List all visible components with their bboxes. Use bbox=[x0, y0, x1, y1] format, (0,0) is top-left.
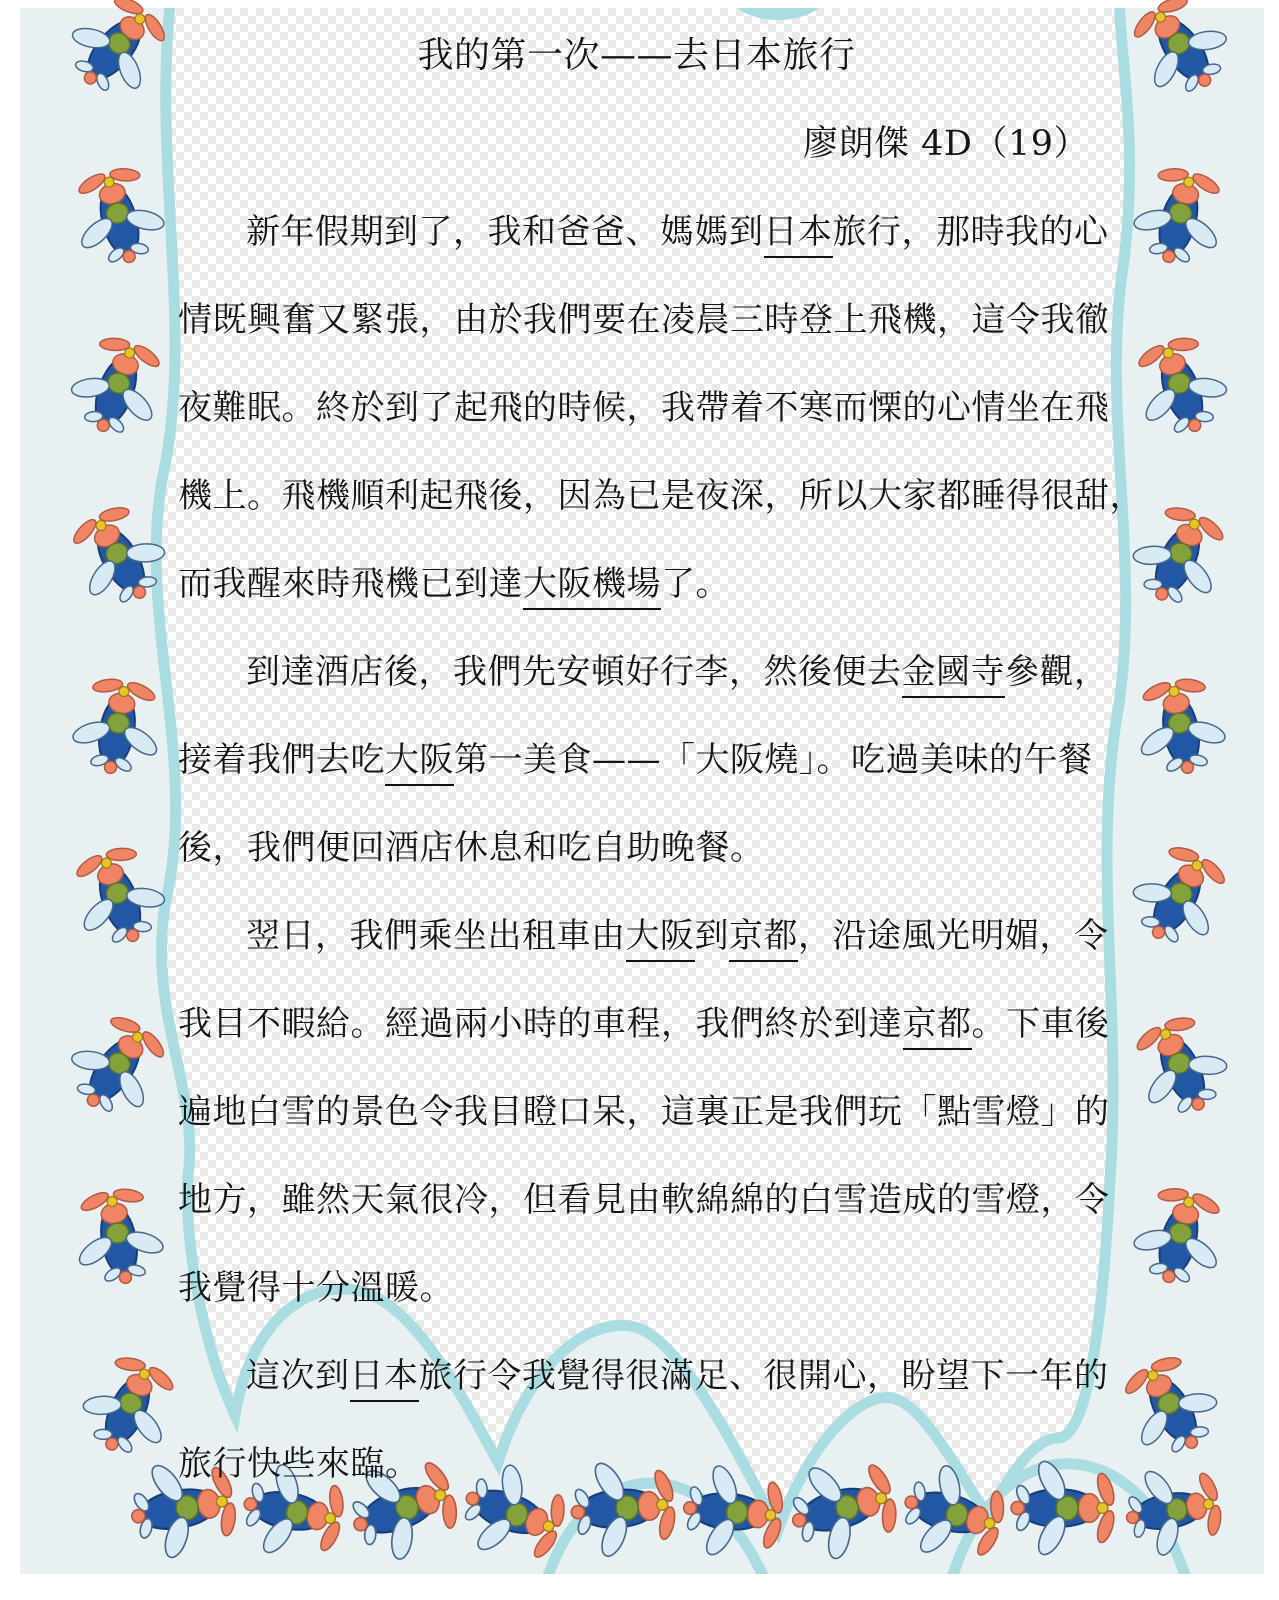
text-segment: 。下車後 bbox=[972, 1004, 1110, 1044]
essay-line: 我覺得十分溫暖。 bbox=[178, 1244, 1095, 1332]
essay-line: 遍地白雪的景色令我目瞪口呆，這裏正是我們玩「點雪燈」的 bbox=[178, 1068, 1095, 1156]
essay-line: 地方，雖然天氣很冷，但看見由軟綿綿的白雪造成的雪燈，令 bbox=[178, 1156, 1095, 1244]
essay-line: 我目不暇給。經過兩小時的車程，我們終於到達京都。下車後 bbox=[178, 980, 1095, 1068]
essay-line: 後，我們便回酒店休息和吃自助晚餐。 bbox=[178, 804, 1095, 892]
text-segment: 遍地白雪的景色令我目瞪口呆，這裏正是我們玩「點雪燈」的 bbox=[178, 1092, 1110, 1132]
underlined-term: 京都 bbox=[903, 1004, 972, 1050]
text-segment: 到達酒店後，我們先安頓好行李，然後便去 bbox=[246, 652, 902, 692]
text-segment: 這次到 bbox=[246, 1356, 350, 1396]
text-segment: 第一美食——「大阪燒」。吃過美味的午餐 bbox=[454, 740, 1093, 780]
text-segment: ，沿途風光明媚，令 bbox=[798, 916, 1109, 956]
text-segment: 夜難眠。終於到了起飛的時候，我帶着不寒而慄的心情坐在飛 bbox=[178, 388, 1110, 428]
underlined-term: 大阪 bbox=[626, 916, 695, 962]
text-segment: 到 bbox=[695, 916, 730, 956]
text-segment: 而我醒來時飛機已到達 bbox=[178, 564, 523, 604]
text-segment: 參觀， bbox=[1005, 652, 1109, 692]
underlined-term: 日本 bbox=[764, 212, 833, 258]
essay-line: 接着我們去吃大阪第一美食——「大阪燒」。吃過美味的午餐 bbox=[178, 716, 1095, 804]
text-segment: 接着我們去吃 bbox=[178, 740, 385, 780]
text-segment: 地方，雖然天氣很冷，但看見由軟綿綿的白雪造成的雪燈，令 bbox=[178, 1180, 1110, 1220]
essay-page: 我的第一次——去日本旅行 廖朗傑 4D（19） 新年假期到了，我和爸爸、媽媽到日… bbox=[0, 0, 1279, 1600]
essay-line: 而我醒來時飛機已到達大阪機場了。 bbox=[178, 540, 1095, 628]
essay-line: 這次到日本旅行令我覺得很滿足、很開心，盼望下一年的 bbox=[178, 1332, 1095, 1420]
essay-line: 夜難眠。終於到了起飛的時候，我帶着不寒而慄的心情坐在飛 bbox=[178, 364, 1095, 452]
essay-title: 我的第一次——去日本旅行 bbox=[178, 12, 1095, 100]
essay-author: 廖朗傑 4D（19） bbox=[178, 100, 1095, 188]
text-segment: 我覺得十分溫暖。 bbox=[178, 1268, 454, 1308]
essay-line: 新年假期到了，我和爸爸、媽媽到日本旅行，那時我的心 bbox=[178, 188, 1095, 276]
text-segment: 機上。飛機順利起飛後，因為已是夜深，所以大家都睡得很甜， bbox=[178, 476, 1144, 516]
text-segment: 新年假期到了，我和爸爸、媽媽到 bbox=[246, 212, 764, 252]
essay-line: 旅行快些來臨。 bbox=[178, 1420, 1095, 1508]
underlined-term: 金國寺 bbox=[902, 652, 1006, 698]
underlined-term: 日本 bbox=[350, 1356, 419, 1402]
text-segment: 旅行快些來臨。 bbox=[178, 1444, 420, 1484]
text-segment: 了。 bbox=[661, 564, 730, 604]
text-segment: 旅行令我覺得很滿足、很開心，盼望下一年的 bbox=[419, 1356, 1109, 1396]
essay-line: 情既興奮又緊張，由於我們要在凌晨三時登上飛機，這令我徹 bbox=[178, 276, 1095, 364]
essay-line: 機上。飛機順利起飛後，因為已是夜深，所以大家都睡得很甜， bbox=[178, 452, 1095, 540]
text-segment: 後，我們便回酒店休息和吃自助晚餐。 bbox=[178, 828, 765, 868]
underlined-term: 大阪機場 bbox=[523, 564, 661, 610]
text-segment: 旅行，那時我的心 bbox=[833, 212, 1109, 252]
underlined-term: 京都 bbox=[729, 916, 798, 962]
text-segment: 我目不暇給。經過兩小時的車程，我們終於到達 bbox=[178, 1004, 903, 1044]
essay-line: 翌日，我們乘坐出租車由大阪到京都，沿途風光明媚，令 bbox=[178, 892, 1095, 980]
essay-body: 我的第一次——去日本旅行 廖朗傑 4D（19） 新年假期到了，我和爸爸、媽媽到日… bbox=[178, 12, 1095, 1508]
text-segment: 翌日，我們乘坐出租車由 bbox=[246, 916, 626, 956]
text-segment: 情既興奮又緊張，由於我們要在凌晨三時登上飛機，這令我徹 bbox=[178, 300, 1110, 340]
underlined-term: 大阪 bbox=[385, 740, 454, 786]
essay-line: 到達酒店後，我們先安頓好行李，然後便去金國寺參觀， bbox=[178, 628, 1095, 716]
